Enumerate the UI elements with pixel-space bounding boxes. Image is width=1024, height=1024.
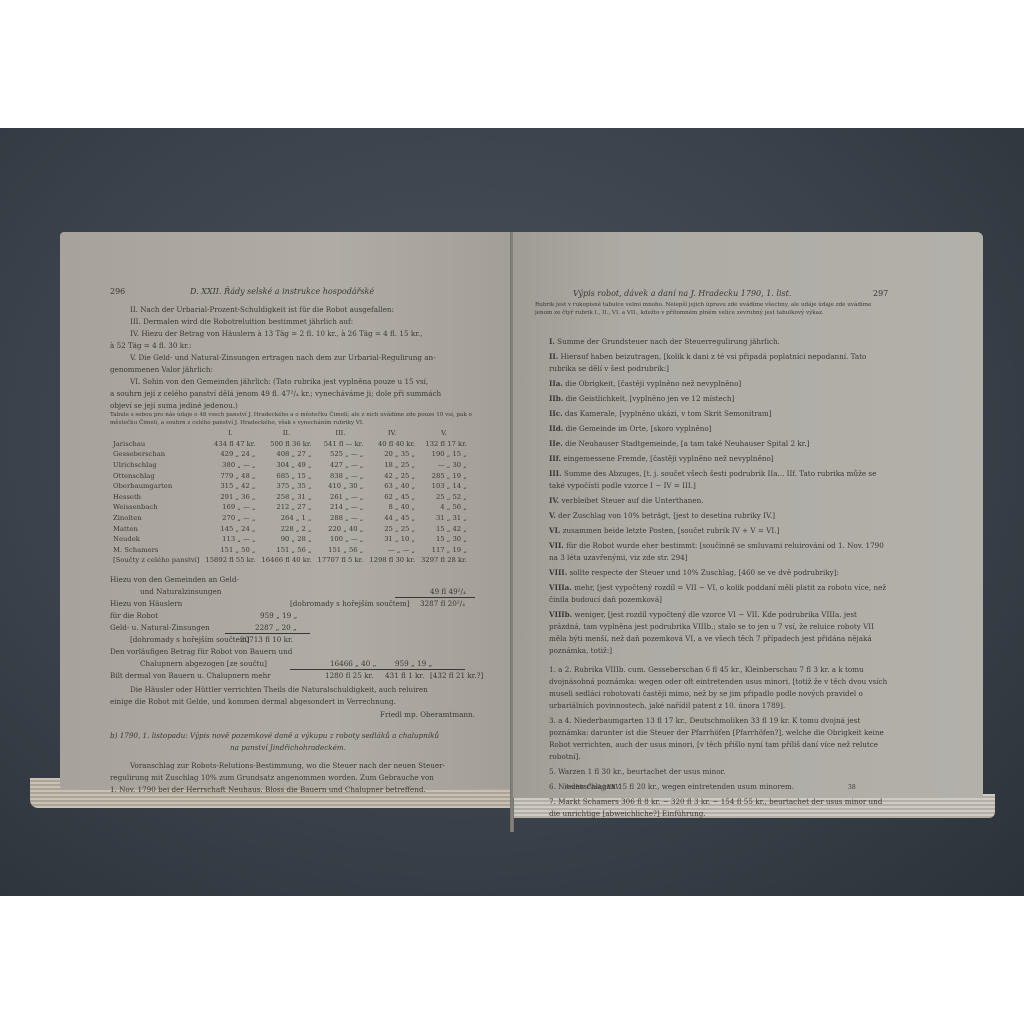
village-table: I. II. III. IV. V. Jarischau434 fl 47 kr… xyxy=(110,428,470,566)
text-line: à 52 Täg = 4 fl. 30 kr.: xyxy=(110,340,191,352)
summary-label: [dohromady s hořejším součtem] xyxy=(130,634,250,646)
cell-value: 375 „ 35 „ xyxy=(258,481,314,492)
rubric-text: die Geistlichkeit, [vyplněno jen ve 12 m… xyxy=(566,394,735,403)
rubric-text: sollte respecte der Steuer und 10% Zusch… xyxy=(569,568,839,577)
table-row: Oberbaumgarten315 „ 42 „375 „ 35 „410 „ … xyxy=(110,481,470,492)
summary-label: und Naturalzinsungen xyxy=(140,586,221,598)
rubric-text: der Zuschlag von 10% beträgt, [jest to d… xyxy=(558,511,775,520)
cell-value: 40 fl 40 kr. xyxy=(366,439,418,450)
note-item: 7. Markt Schamers 306 fl 8 kr. − 320 fl … xyxy=(549,796,889,820)
cell-value: 90 „ 28 „ xyxy=(258,534,314,545)
cell-value: 214 „ — „ xyxy=(315,502,367,513)
summary-label: Den vorläufigen Betrag für Robot von Bau… xyxy=(110,646,292,658)
cell-value: 228 „ 2 „ xyxy=(258,523,314,534)
cell-value: 264 „ 1 „ xyxy=(258,513,314,524)
cell-value: 4 „ 56 „ xyxy=(418,502,470,513)
running-head-right: Výpis robot, dávek a daní na J. Hradecku… xyxy=(573,288,791,300)
cell-value: 261 „ — „ xyxy=(315,492,367,503)
summary-amount: 959 „ 19 „ xyxy=(260,610,297,622)
rubric-number: VIIIa. xyxy=(549,583,572,592)
table-row: Jarischau434 fl 47 kr.500 fl 36 kr.541 f… xyxy=(110,439,470,450)
cell-value: 270 „ — „ xyxy=(202,513,258,524)
table-row: M. Schamers151 „ 50 „151 „ 56 „151 „ 56 … xyxy=(110,545,470,556)
cell-value: 258 „ 31 „ xyxy=(258,492,314,503)
table-header: I. II. III. IV. V. xyxy=(110,428,470,439)
rubric-line: IIc. das Kamerale, [vyplněno ukázi, v to… xyxy=(549,408,889,420)
rubric-text: mehr, [jest vypočtený rozdíl = VII − VI,… xyxy=(549,583,886,604)
cell-value: 16466 fl 40 kr. xyxy=(258,555,314,566)
cell-value: 8 „ 40 „ xyxy=(366,502,418,513)
rubric-number: IIa. xyxy=(549,379,563,388)
signature: Friedl mp. Oberamtmann. xyxy=(380,709,475,721)
cell-value: 525 „ — „ xyxy=(315,449,367,460)
cell-value: 410 „ 30 „ xyxy=(315,481,367,492)
cell-value: — „ — „ xyxy=(366,545,418,556)
row-name: Jarischau xyxy=(110,439,202,450)
row-name: Gesseberschan xyxy=(110,449,202,460)
running-head-left: D. XXII. Řády selské a instrukce hospodá… xyxy=(190,286,374,298)
section-heading: na panství Jindřichohradeckém. xyxy=(230,742,346,754)
table-row: Zinolten270 „ — „264 „ 1 „288 „ — „44 „ … xyxy=(110,513,470,524)
rubric-line: I. Summe der Grundsteuer nach der Steuer… xyxy=(549,336,889,348)
cell-value: 285 „ 19 „ xyxy=(418,470,470,481)
cell-value: 63 „ 40 „ xyxy=(366,481,418,492)
cell-value: 31 „ 10 „ xyxy=(366,534,418,545)
row-name: Ulrichschlag xyxy=(110,460,202,471)
rubric-text: weniger, [jest rozdíl vypočtený dle vzor… xyxy=(549,610,874,655)
rubric-text: die Obrigkeit, [častěji vyplněno než nev… xyxy=(565,379,741,388)
table-row: Gesseberschan429 „ 24 „408 „ 27 „525 „ —… xyxy=(110,449,470,460)
left-page: 296 D. XXII. Řády selské a instrukce hos… xyxy=(60,232,512,788)
section-heading: b) 1790, 1. listopadu: Výpis nově pozemk… xyxy=(110,730,439,742)
rubric-line: VII. für die Robot wurde eher bestimmt: … xyxy=(549,540,889,564)
summary-amount: 3287 fl 20²/₄ xyxy=(420,598,465,610)
rubric-text: das Kamerale, [vyplněno ukázi, v tom Skr… xyxy=(565,409,772,418)
summary-amount: 431 fl 1 kr. xyxy=(385,670,424,682)
rubric-number: IIc. xyxy=(549,409,563,418)
text-line: Voranschlag zur Robots-Relutions-Bestimm… xyxy=(130,760,445,772)
text-line: genommenen Valor jährlich: xyxy=(110,364,213,376)
cell-value: 100 „ — „ xyxy=(315,534,367,545)
cell-value: 212 „ 27 „ xyxy=(258,502,314,513)
summary-label: Hiezu von Häuslern xyxy=(110,598,182,610)
rubric-number: IIf. xyxy=(549,454,561,463)
table-note: Tabule s sebou pro nás údaje o 48 vsech … xyxy=(110,412,480,427)
summary-amount: 20713 fl 10 kr. xyxy=(240,634,293,646)
rubric-line: IV. verbleibet Steuer auf die Unterthane… xyxy=(549,495,889,507)
rubric-number: IIe. xyxy=(549,439,563,448)
rubric-text: zusammen beide letzte Posten, [součet ru… xyxy=(563,526,780,535)
text-line: regulirung mit Zuschlag 10% zum Grundsat… xyxy=(110,772,434,784)
row-name: Zinolten xyxy=(110,513,202,524)
text-line: VI. Sohin von den Gemeinden jährlich: (T… xyxy=(130,376,428,388)
row-name: Oberbaumgarten xyxy=(110,481,202,492)
text-line: a souhrn její z celého panství dělá jeno… xyxy=(110,388,441,400)
rubric-number: IId. xyxy=(549,424,563,433)
cell-value: 62 „ 45 „ xyxy=(366,492,418,503)
cell-value: 220 „ 40 „ xyxy=(315,523,367,534)
footer-right: 38 xyxy=(848,782,856,794)
cell-value: 380 „ — „ xyxy=(202,460,258,471)
cell-value: 304 „ 49 „ xyxy=(258,460,314,471)
rubric-line: III. Summe des Abzuges, [t. j. součet vš… xyxy=(549,468,889,492)
cell-value: 18 „ 25 „ xyxy=(366,460,418,471)
rubric-number: VII. xyxy=(549,541,564,550)
summary-label: Chalupnern abgezogen [ze součtu] xyxy=(140,658,267,670)
page-number-left: 296 xyxy=(110,286,125,298)
rubric-line: VI. zusammen beide letzte Posten, [souče… xyxy=(549,525,889,537)
text-line: objeví se její suma jediné jedenou.) xyxy=(110,400,238,412)
text-line: 1. Nov. 1790 bei der Herrschaft Neuhaus.… xyxy=(110,784,426,796)
rubric-number: VIIIb. xyxy=(549,610,572,619)
rubric-line: IIe. die Neuhauser Stadtgemeinde, [a tam… xyxy=(549,438,889,450)
note-item: 3. a 4. Niederbaumgarten 13 fl 17 kr., D… xyxy=(549,715,889,763)
row-name: Ottenschlag xyxy=(110,470,202,481)
cell-value: 145 „ 24 „ xyxy=(202,523,258,534)
rubric-number: I. xyxy=(549,337,555,346)
text-line: einige die Robot mit Gelde, und kommen d… xyxy=(110,696,396,708)
rubric-number: VI. xyxy=(549,526,560,535)
cell-value: 779 „ 48 „ xyxy=(202,470,258,481)
rubric-number: III. xyxy=(549,469,562,478)
cell-value: 190 „ 15 „ xyxy=(418,449,470,460)
cell-value: 44 „ 45 „ xyxy=(366,513,418,524)
table-row: Weissenbach169 „ — „212 „ 27 „214 „ — „8… xyxy=(110,502,470,513)
table-row: [Součty z celého panství]15892 fl 55 kr.… xyxy=(110,555,470,566)
cell-value: 291 „ 36 „ xyxy=(202,492,258,503)
cell-value: 434 fl 47 kr. xyxy=(202,439,258,450)
cell-value: 169 „ — „ xyxy=(202,502,258,513)
page-number-right: 297 xyxy=(873,288,888,300)
cell-value: 15 „ 30 „ xyxy=(418,534,470,545)
cell-value: 15892 fl 55 kr. xyxy=(202,555,258,566)
summary-label: Geld- u. Natural-Zinsungen xyxy=(110,622,210,634)
cell-value: 151 „ 56 „ xyxy=(315,545,367,556)
cell-value: 31 „ 31 „ xyxy=(418,513,470,524)
cell-value: 500 fl 36 kr. xyxy=(258,439,314,450)
rubric-number: II. xyxy=(549,352,558,361)
column-header: II. xyxy=(258,428,314,439)
rubric-line: II. Hierauf haben beizutragen, [kolik k … xyxy=(549,351,889,375)
rubric-number: VIII. xyxy=(549,568,567,577)
cell-value: 408 „ 27 „ xyxy=(258,449,314,460)
table-row: Ottenschlag779 „ 48 „685 „ 15 „838 „ — „… xyxy=(110,470,470,481)
cell-value: 25 „ 25 „ xyxy=(366,523,418,534)
column-header: V. xyxy=(418,428,470,439)
summary-note: [432 fl 21 kr.?] xyxy=(430,670,483,682)
cell-value: 3297 fl 28 kr. xyxy=(418,555,470,566)
rubric-number: IIb. xyxy=(549,394,563,403)
text-line: II. Nach der Urbarial-Prozent-Schuldigke… xyxy=(130,304,394,316)
cell-value: 113 „ — „ xyxy=(202,534,258,545)
table-row: Neudek113 „ — „90 „ 28 „100 „ — „31 „ 10… xyxy=(110,534,470,545)
summary-label: Bilt dermal von Bauern u. Chalupnern meh… xyxy=(110,670,271,682)
note-item: 1. a 2. Rubrika VIIIb. cum. Gesseberscha… xyxy=(549,664,889,712)
cell-value: 117 „ 19 „ xyxy=(418,545,470,556)
cell-value: 20 „ 35 „ xyxy=(366,449,418,460)
table-row: Ulrichschlag380 „ — „304 „ 49 „427 „ — „… xyxy=(110,460,470,471)
rubric-text: Summe des Abzuges, [t. j. součet všech š… xyxy=(549,469,876,490)
open-book: 296 D. XXII. Řády selské a instrukce hos… xyxy=(24,232,999,832)
rubric-line: V. der Zuschlag von 10% beträgt, [jest t… xyxy=(549,510,889,522)
row-name: [Součty z celého panství] xyxy=(110,555,202,566)
cell-value: 541 fl — kr. xyxy=(315,439,367,450)
rubric-line: VIIIb. weniger, [jest rozdíl vypočtený d… xyxy=(549,609,889,657)
column-header xyxy=(110,428,202,439)
column-header: IV. xyxy=(366,428,418,439)
rubric-text: die Neuhauser Stadtgemeinde, [a tam také… xyxy=(565,439,809,448)
rubric-text: eingemessene Fremde, [častěji vyplněno n… xyxy=(563,454,773,463)
cell-value: 15 „ 42 „ xyxy=(418,523,470,534)
cell-value: 132 fl 17 kr. xyxy=(418,439,470,450)
cell-value: 685 „ 15 „ xyxy=(258,470,314,481)
rubric-line: IIf. eingemessene Fremde, [častěji vypln… xyxy=(549,453,889,465)
table-row: Hesseth291 „ 36 „258 „ 31 „261 „ — „62 „… xyxy=(110,492,470,503)
cell-value: 151 „ 56 „ xyxy=(258,545,314,556)
rubric-line: IId. die Gemeinde im Orte, [skoro vyplně… xyxy=(549,423,889,435)
cell-value: — „ 30 „ xyxy=(418,460,470,471)
summary-amount: 1280 fl 25 kr. xyxy=(325,670,373,682)
summary-label: Hiezu von den Gemeinden an Geld- xyxy=(110,574,239,586)
column-header: I. xyxy=(202,428,258,439)
rubric-line: VIIIa. mehr, [jest vypočtený rozdíl = VI… xyxy=(549,582,889,606)
rubric-line: IIb. die Geistlichkeit, [vyplněno jen ve… xyxy=(549,393,889,405)
row-name: Matten xyxy=(110,523,202,534)
text-line: V. Die Geld- und Natural-Zinsungen ertra… xyxy=(130,352,436,364)
rubric-text: die Gemeinde im Orte, [skoro vyplněno] xyxy=(566,424,712,433)
row-name: Neudek xyxy=(110,534,202,545)
rubric-line: IIa. die Obrigkeit, [častěji vyplněno ne… xyxy=(549,378,889,390)
right-page: Výpis robot, dávek a daní na J. Hradecku… xyxy=(513,232,983,798)
cell-value: 1298 fl 30 kr. xyxy=(366,555,418,566)
note-item: 5. Warzen 1 fl 30 kr., beurtachet der us… xyxy=(549,766,889,778)
cell-value: 288 „ — „ xyxy=(315,513,367,524)
rubric-number: V. xyxy=(549,511,556,520)
cell-value: 151 „ 50 „ xyxy=(202,545,258,556)
rubric-text: Hierauf haben beizutragen, [kolik k dani… xyxy=(549,352,866,373)
cell-value: 427 „ — „ xyxy=(315,460,367,471)
cell-value: 103 „ 14 „ xyxy=(418,481,470,492)
rubric-text: Summe der Grundsteuer nach der Steuerreg… xyxy=(557,337,780,346)
text-line: IV. Hiezu der Betrag von Häuslern à 13 T… xyxy=(130,328,422,340)
row-name: Weissenbach xyxy=(110,502,202,513)
text-line: Die Häusler oder Hüttler verrichten Thei… xyxy=(130,684,428,696)
rubric-text: für die Robot wurde eher bestimmt: [souč… xyxy=(549,541,884,562)
cell-value: 315 „ 42 „ xyxy=(202,481,258,492)
cell-value: 429 „ 24 „ xyxy=(202,449,258,460)
intro-note: Rubrik jest v rukopisné tabulce velmi mn… xyxy=(535,302,890,317)
rubric-text: verbleibet Steuer auf die Unterthanen. xyxy=(561,496,703,505)
footer-left: Archiv Český XXV. xyxy=(565,782,621,794)
rubric-line: VIII. sollte respecte der Steuer und 10%… xyxy=(549,567,889,579)
text-line: III. Dermalen wird die Robotreluition be… xyxy=(130,316,353,328)
cell-value: 17707 fl 5 kr. xyxy=(315,555,367,566)
row-name: Hesseth xyxy=(110,492,202,503)
summary-note: [dohromady s hořejším součtem] xyxy=(290,598,410,610)
column-header: III. xyxy=(315,428,367,439)
cell-value: 25 „ 52 „ xyxy=(418,492,470,503)
cell-value: 838 „ — „ xyxy=(315,470,367,481)
rubric-number: IV. xyxy=(549,496,559,505)
row-name: M. Schamers xyxy=(110,545,202,556)
cell-value: 42 „ 25 „ xyxy=(366,470,418,481)
table-row: Matten145 „ 24 „228 „ 2 „220 „ 40 „25 „ … xyxy=(110,523,470,534)
summary-label: für die Robot xyxy=(110,610,158,622)
